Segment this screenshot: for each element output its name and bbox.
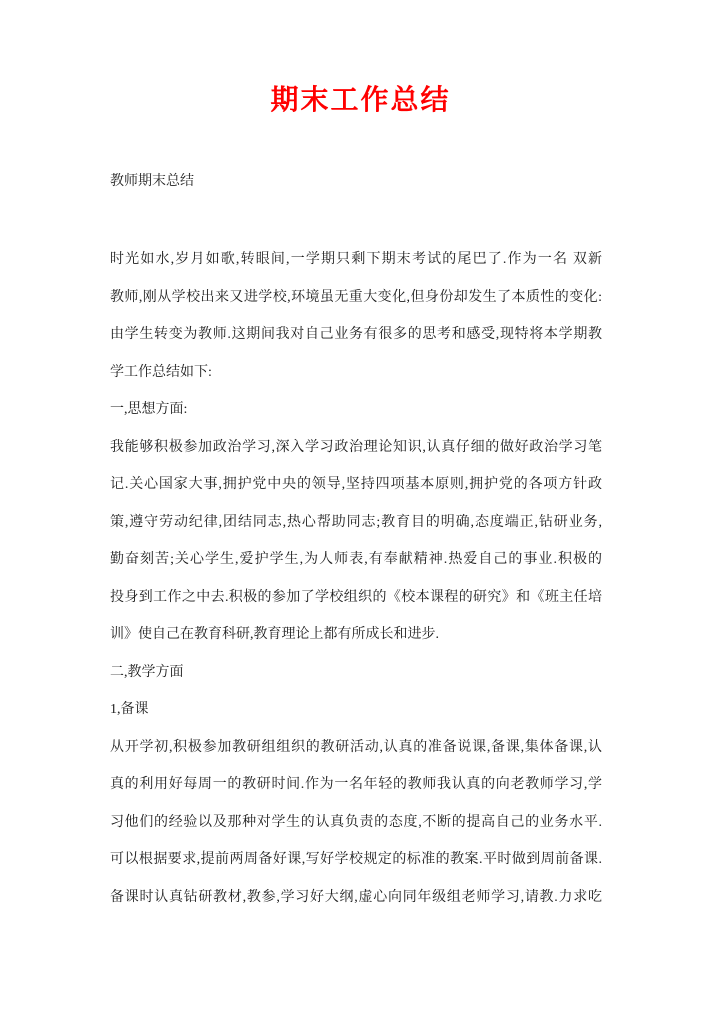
body-line: 备课时认真钻研教材,教参,学习好大纲,虚心向同年级组老师学习,请教.力求吃: [110, 879, 602, 917]
body-line: 学工作总结如下:: [110, 354, 602, 392]
body-line: 投身到工作之中去.积极的参加了学校组织的《校本课程的研究》和《班主任培: [110, 579, 602, 617]
body-line: 我能够积极参加政治学习,深入学习政治理论知识,认真仔细的做好政治学习笔: [110, 429, 602, 467]
body-line: 从开学初,积极参加教研组组织的教研活动,认真的准备说课,备课,集体备课,认: [110, 729, 602, 767]
document-page: 期末工作总结 教师期末总结 时光如水,岁月如歌,转眼间,一学期只剩下期末考试的尾…: [0, 0, 721, 1020]
body-line: 教师,刚从学校出来又进学校,环境虽无重大变化,但身份却发生了本质性的变化:: [110, 279, 602, 317]
body-line: 可以根据要求,提前两周备好课,写好学校规定的标准的教案.平时做到周前备课.: [110, 841, 602, 879]
body-line: 习他们的经验以及那种对学生的认真负责的态度,不断的提高自己的业务水平.: [110, 804, 602, 842]
body-line: 训》使自己在教育科研,教育理论上都有所成长和进步.: [110, 616, 602, 654]
body-line: 真的利用好每周一的教研时间.作为一名年轻的教师我认真的向老教师学习,学: [110, 766, 602, 804]
body-line: 1,备课: [110, 691, 602, 729]
body-line: 一,思想方面:: [110, 391, 602, 429]
body-line: 策,遵守劳动纪律,团结同志,热心帮助同志;教育目的明确,态度端正,钻研业务,: [110, 504, 602, 542]
document-body: 时光如水,岁月如歌,转眼间,一学期只剩下期末考试的尾巴了.作为一名 双新 教师,…: [110, 241, 602, 916]
body-line: 时光如水,岁月如歌,转眼间,一学期只剩下期末考试的尾巴了.作为一名 双新: [110, 241, 602, 279]
body-line: 二,教学方面: [110, 654, 602, 692]
body-line: 由学生转变为教师.这期间我对自己业务有很多的思考和感受,现特将本学期教: [110, 316, 602, 354]
body-line: 记.关心国家大事,拥护党中央的领导,坚持四项基本原则,拥护党的各项方针政: [110, 466, 602, 504]
document-subtitle: 教师期末总结: [110, 172, 602, 192]
document-title: 期末工作总结: [110, 84, 611, 118]
body-line: 勤奋刻苦;关心学生,爱护学生,为人师表,有奉献精神.热爱自己的事业.积极的: [110, 541, 602, 579]
